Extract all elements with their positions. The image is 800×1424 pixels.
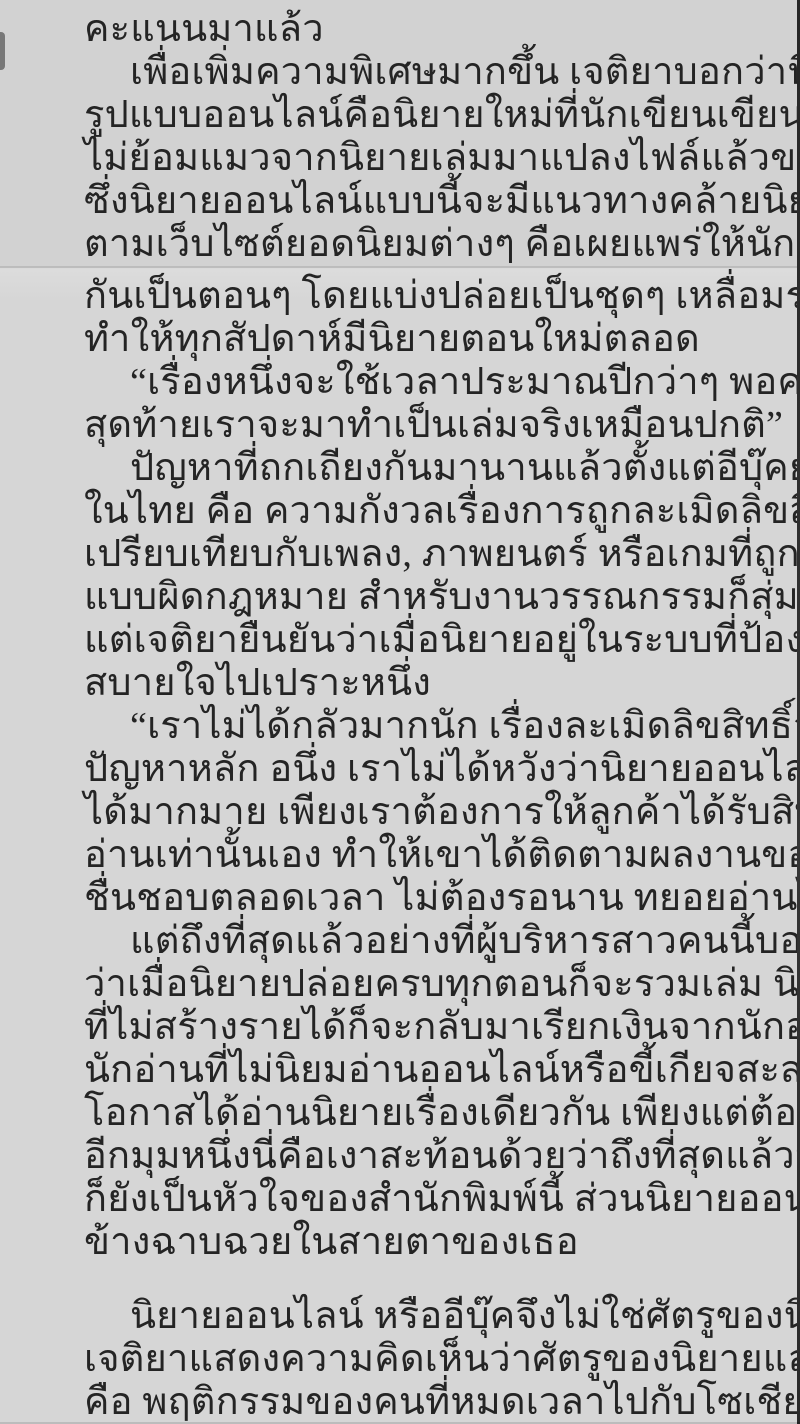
text-line: ซึ่งนิยายออนไลน์แบบนี้จะมีแนวทางคล้ายนิย…: [0, 180, 800, 223]
text-line: สบายใจไปเปราะหนึ่ง: [0, 662, 800, 705]
text-line: เจติยาแสดงความคิดเห็นว่าศัตรูของนิยายและ…: [0, 1338, 800, 1381]
text-line: กันเป็นตอนๆ โดยแบ่งปล่อยเป็นชุดๆ เหลื่อม…: [0, 275, 800, 318]
text-line: ปัญหาหลัก อนึ่ง เราไม่ได้หวังว่านิยายออน…: [0, 748, 800, 791]
text-block: คะแนนมาแล้ว เพื่อเพิ่มความพิเศษมากขึ้น เ…: [0, 8, 800, 1424]
ebook-page: คะแนนมาแล้ว เพื่อเพิ่มความพิเศษมากขึ้น เ…: [0, 0, 800, 1424]
text-line: รูปแบบออนไลน์คือนิยายใหม่ที่นักเขียนเขีย…: [0, 94, 800, 137]
text-line: ก็ยังเป็นหัวใจของสำนักพิมพ์นี้ ส่วนนิยาย…: [0, 1178, 800, 1221]
text-line: คือ พฤติกรรมของคนที่หมดเวลาไปกับโซเชียลม…: [0, 1381, 800, 1424]
text-line: แบบผิดกฎหมาย สำหรับงานวรรณกรรมก็สุ่มเสี่…: [0, 576, 800, 619]
text-line: เปรียบเทียบกับเพลง, ภาพยนตร์ หรือเกมที่ถ…: [0, 533, 800, 576]
text-line: ปัญหาที่ถกเถียงกันมานานแล้วตั้งแต่อีบุ๊ค…: [0, 447, 800, 490]
text-line: นักอ่านที่ไม่นิยมอ่านออนไลน์หรือขี้เกียจ…: [0, 1049, 800, 1092]
text-line: นิยายออนไลน์ หรืออีบุ๊คจึงไม่ใช่ศัตรูของ…: [0, 1295, 800, 1338]
text-line: แต่เจติยายืนยันว่าเมื่อนิยายอยู่ในระบบที…: [0, 619, 800, 662]
text-line: ที่ไม่สร้างรายได้ก็จะกลับมาเรียกเงินจากน…: [0, 1006, 800, 1049]
text-line: “เรื่องหนึ่งจะใช้เวลาประมาณปีกว่าๆ พอครบ…: [0, 361, 800, 404]
photo-left-smudge: [0, 32, 5, 70]
text-line: ว่าเมื่อนิยายปล่อยครบทุกตอนก็จะรวมเล่ม น…: [0, 963, 800, 1006]
photo-stitch-seam: [0, 266, 800, 268]
text-line: ทำให้ทุกสัปดาห์มีนิยายตอนใหม่ตลอด: [0, 318, 800, 361]
text-line: ตามเว็บไซต์ยอดนิยมต่างๆ คือเผยแพร่ให้นัก…: [0, 223, 800, 266]
text-line: คะแนนมาแล้ว: [0, 8, 800, 51]
text-line: “เราไม่ได้กลัวมากนัก เรื่องละเมิดลิขสิทธ…: [0, 705, 800, 748]
text-line: ชื่นชอบตลอดเวลา ไม่ต้องรอนาน ทยอยอ่านไปเ…: [0, 877, 800, 920]
text-line: ไม่ย้อมแมวจากนิยายเล่มมาแปลงไฟล์แล้วขายซ…: [0, 137, 800, 180]
text-line: เพื่อเพิ่มความพิเศษมากขึ้น เจติยาบอกว่าน…: [0, 51, 800, 94]
text-line: ได้มากมาย เพียงเราต้องการให้ลูกค้าได้รับ…: [0, 791, 800, 834]
text-line: ข้างฉาบฉวยในสายตาของเธอ: [0, 1221, 800, 1264]
text-line: อีกมุมหนึ่งนี่คือเงาสะท้อนด้วยว่าถึงที่ส…: [0, 1135, 800, 1178]
text-line: โอกาสได้อ่านนิยายเรื่องเดียวกัน เพียงแต่…: [0, 1092, 800, 1135]
text-line: สุดท้ายเราจะมาทำเป็นเล่มจริงเหมือนปกติ”: [0, 404, 800, 447]
text-line: อ่านเท่านั้นเอง ทำให้เขาได้ติดตามผลงานขอ…: [0, 834, 800, 877]
text-line: แต่ถึงที่สุดแล้วอย่างที่ผู้บริหารสาวคนนี…: [0, 920, 800, 963]
text-line: ในไทย คือ ความกังวลเรื่องการถูกละเมิดลิข…: [0, 490, 800, 533]
